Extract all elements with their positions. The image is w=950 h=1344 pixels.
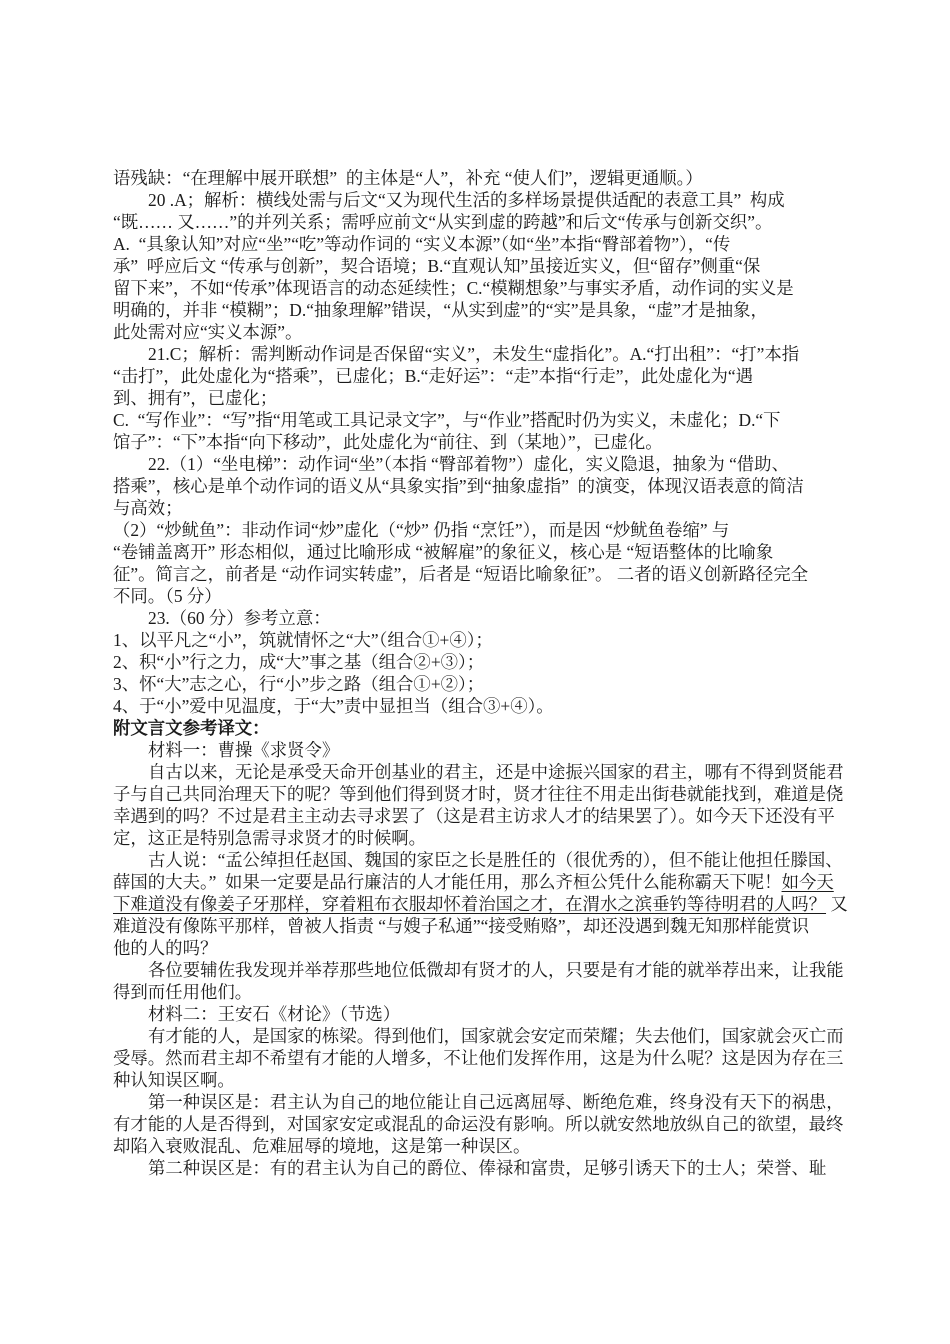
- text-line: 2、积“小”行之力，成“大”事之基（组合②+③）；: [113, 651, 858, 673]
- text-segment: “卷铺盖离开” 形态相似，通过比喻形成 “被解雇”的象征义，核心是 “短语整体的…: [113, 542, 773, 562]
- text-segment: 1、以平凡之“小”，筑就情怀之“大”（组合①+④）；: [113, 630, 493, 650]
- text-line: “卷铺盖离开” 形态相似，通过比喻形成 “被解雇”的象征义，核心是 “短语整体的…: [113, 541, 858, 563]
- text-line: 此处需对应“实义本源”。: [113, 321, 858, 343]
- text-line: A. “具象认知”对应“坐”“吃”等动作词的 “实义本源”（如“坐”本指“臀部着…: [113, 233, 858, 255]
- text-segment: 却陷入衰败混乱、危难屈辱的境地，这是第一种误区。: [113, 1136, 530, 1156]
- text-segment: 22.（1）“坐电梯”：动作词“坐”（本指 “臀部着物”）虚化，实义隐退，抽象为…: [148, 454, 789, 474]
- text-segment: 材料一：曹操《求贤令》: [148, 740, 339, 760]
- text-segment: 3、怀“大”志之心，行“小”步之路（组合①+②）；: [113, 674, 484, 694]
- text-segment: 难道没有像陈平那样，曾被人指责 “与嫂子私通”“接受贿赂”，却还没遇到魏无知那样…: [113, 916, 809, 936]
- text-line: 受辱。然而君主却不希望有才能的人增多，不让他们发挥作用，这是为什么呢？这是因为存…: [113, 1047, 858, 1069]
- text-line: 搭乘”，核心是单个动作词的语义从“具象实指”到“抽象虚指” 的演变，体现汉语表意…: [113, 475, 858, 497]
- text-line: 承” 呼应后文 “传承与创新”，契合语境；B.“直观认知”虽接近实义，但“留存”…: [113, 255, 858, 277]
- text-segment: 自古以来，无论是承受天命开创基业的君主，还是中途振兴国家的君主，哪有不得到贤能君: [148, 762, 844, 782]
- text-segment: 20 .A；解析：横线处需与后文“又为现代生活的多样场景提供适配的表意工具” 构…: [148, 190, 785, 210]
- text-line: 20 .A；解析：横线处需与后文“又为现代生活的多样场景提供适配的表意工具” 构…: [113, 189, 858, 211]
- text-line: 材料一：曹操《求贤令》: [113, 739, 858, 761]
- text-segment: 材料二：王安石《材论》（节选）: [148, 1004, 400, 1024]
- text-line: 馆子”：“下”本指“向下移动”，此处虚化为“前往、到（某地）”，已虚化。: [113, 431, 858, 453]
- text-line: 21.C；解析：需判断动作词是否保留“实义”，未发生“虚指化”。A.“打出租”：…: [113, 343, 858, 365]
- text-segment: 4、于“小”爱中见温度，于“大”责中显担当（组合③+④）。: [113, 696, 554, 716]
- text-segment: 2、积“小”行之力，成“大”事之基（组合②+③）；: [113, 652, 484, 672]
- text-line: 4、于“小”爱中见温度，于“大”责中显担当（组合③+④）。: [113, 695, 858, 717]
- text-line: 留下来”，不如“传承”体现语言的动态延续性；C.“模糊想象”与事实矛盾，动作词的…: [113, 277, 858, 299]
- text-line: 各位要辅佐我发现并举荐那些地位低微却有贤才的人，只要是有才能的就举荐出来，让我能: [113, 959, 858, 981]
- text-line: （2）“炒鱿鱼”：非动作词“炒”虚化（“炒” 仍指 “烹饪”），而是因 “炒鱿鱼…: [113, 519, 858, 541]
- text-line: 语残缺：“在理解中展开联想” 的主体是“人”，补充 “使人们”，逻辑更通顺。）: [113, 167, 858, 189]
- text-line: 22.（1）“坐电梯”：动作词“坐”（本指 “臀部着物”）虚化，实义隐退，抽象为…: [113, 453, 858, 475]
- document-page: 语残缺：“在理解中展开联想” 的主体是“人”，补充 “使人们”，逻辑更通顺。）2…: [0, 0, 950, 1344]
- text-line: 有才能的人是否得到，对国家安定或混乱的命运没有影响。所以就安然地放纵自己的欲望，…: [113, 1113, 858, 1135]
- text-line: 不同。（5 分）: [113, 585, 858, 607]
- text-segment: 有才能的人是否得到，对国家安定或混乱的命运没有影响。所以就安然地放纵自己的欲望，…: [113, 1114, 843, 1134]
- text-line: 下难道没有像姜子牙那样，穿着粗布衣服却怀着治国之才，在渭水之滨垂钓等待明君的人吗…: [113, 893, 858, 915]
- text-segment: C. “写作业”：“写”指“用笔或工具记录文字”，与“作业”搭配时仍为实义，未虚…: [113, 410, 781, 430]
- text-line: “击打”，此处虚化为“搭乘”，已虚化；B.“走好运”：“走”本指“行走”，此处虚…: [113, 365, 858, 387]
- text-line: 到、拥有”，已虚化；: [113, 387, 858, 409]
- text-segment: 幸遇到的吗？不过是君主主动去寻求罢了（这是君主访求人才的结果罢了）。如今天下还没…: [113, 806, 835, 826]
- text-segment: 到、拥有”，已虚化；: [113, 388, 277, 408]
- text-segment: 搭乘”，核心是单个动作词的语义从“具象实指”到“抽象虚指” 的演变，体现汉语表意…: [113, 476, 804, 496]
- text-line: 1、以平凡之“小”，筑就情怀之“大”（组合①+④）；: [113, 629, 858, 651]
- section-heading-line: 附文言文参考译文：: [113, 717, 858, 739]
- text-line: 明确的，并非 “模糊”；D.“抽象理解”错误，“从实到虚”的“实”是具象，“虚”…: [113, 299, 858, 321]
- text-segment: 馆子”：“下”本指“向下移动”，此处虚化为“前往、到（某地）”，已虚化。: [113, 432, 663, 452]
- text-segment: 23.（60 分）参考立意：: [148, 608, 331, 628]
- text-line: 征”。简言之，前者是 “动作词实转虚”，后者是 “短语比喻象征”。 二者的语义创…: [113, 563, 858, 585]
- text-segment: 薛国的大夫。” 如果一定要是品行廉洁的人才能任用，那么齐桓公凭什么能称霸天下呢！: [113, 872, 782, 892]
- text-segment: 受辱。然而君主却不希望有才能的人增多，不让他们发挥作用，这是为什么呢？这是因为存…: [113, 1048, 843, 1068]
- text-segment: 明确的，并非 “模糊”；D.“抽象理解”错误，“从实到虚”的“实”是具象，“虚”…: [113, 300, 768, 320]
- text-line: 古人说：“孟公绰担任赵国、魏国的家臣之长是胜任的（很优秀的），但不能让他担任滕国…: [113, 849, 858, 871]
- text-line: 却陷入衰败混乱、危难屈辱的境地，这是第一种误区。: [113, 1135, 858, 1157]
- text-line: 得到而任用他们。: [113, 981, 858, 1003]
- text-line: 第一种误区是：君主认为自己的地位能让自己远离屈辱、断绝危难，终身没有天下的祸患，: [113, 1091, 858, 1113]
- text-segment: 第一种误区是：君主认为自己的地位能让自己远离屈辱、断绝危难，终身没有天下的祸患，: [148, 1092, 844, 1112]
- text-line: 自古以来，无论是承受天命开创基业的君主，还是中途振兴国家的君主，哪有不得到贤能君: [113, 761, 858, 783]
- text-segment: 又: [826, 894, 848, 914]
- text-line: 幸遇到的吗？不过是君主主动去寻求罢了（这是君主访求人才的结果罢了）。如今天下还没…: [113, 805, 858, 827]
- text-segment: “既…… 又……”的并列关系；需呼应前文“从实到虚的跨越”和后文“传承与创新交织…: [113, 212, 772, 232]
- text-segment: 古人说：“孟公绰担任赵国、魏国的家臣之长是胜任的（很优秀的），但不能让他担任滕国…: [148, 850, 843, 870]
- text-segment: 子与自己共同治理天下的呢？等到他们得到贤才时，贤才往往不用走出街巷就能找到，难道…: [113, 784, 843, 804]
- text-line: 他的人的吗？: [113, 937, 858, 959]
- text-line: 3、怀“大”志之心，行“小”步之路（组合①+②）；: [113, 673, 858, 695]
- text-line: C. “写作业”：“写”指“用笔或工具记录文字”，与“作业”搭配时仍为实义，未虚…: [113, 409, 858, 431]
- underlined-text: 下难道没有像姜子牙那样，穿着粗布衣服却怀着治国之才，在渭水之滨垂钓等待明君的人吗…: [113, 894, 826, 914]
- underlined-text: 如今天: [782, 872, 834, 892]
- text-content: 语残缺：“在理解中展开联想” 的主体是“人”，补充 “使人们”，逻辑更通顺。）2…: [113, 167, 858, 1179]
- text-line: 与高效；: [113, 497, 858, 519]
- text-segment: 得到而任用他们。: [113, 982, 252, 1002]
- text-segment: 留下来”，不如“传承”体现语言的动态延续性；C.“模糊想象”与事实矛盾，动作词的…: [113, 278, 794, 298]
- text-segment: 种认知误区啊。: [113, 1070, 235, 1090]
- text-segment: 有才能的人，是国家的栋梁。得到他们，国家就会安定而荣耀；失去他们，国家就会灭亡而: [148, 1026, 844, 1046]
- text-segment: 征”。简言之，前者是 “动作词实转虚”，后者是 “短语比喻象征”。 二者的语义创…: [113, 564, 808, 584]
- text-segment: 21.C；解析：需判断动作词是否保留“实义”，未发生“虚指化”。A.“打出租”：…: [148, 344, 799, 364]
- text-line: 定，这正是特别急需寻求贤才的时候啊。: [113, 827, 858, 849]
- text-segment: 定，这正是特别急需寻求贤才的时候啊。: [113, 828, 426, 848]
- text-line: 子与自己共同治理天下的呢？等到他们得到贤才时，贤才往往不用走出街巷就能找到，难道…: [113, 783, 858, 805]
- text-segment: 各位要辅佐我发现并举荐那些地位低微却有贤才的人，只要是有才能的就举荐出来，让我能: [148, 960, 844, 980]
- text-line: 第二种误区是：有的君主认为自己的爵位、俸禄和富贵，足够引诱天下的士人；荣誉、耻: [113, 1157, 858, 1179]
- text-segment: 与高效；: [113, 498, 183, 518]
- text-segment: 语残缺：“在理解中展开联想” 的主体是“人”，补充 “使人们”，逻辑更通顺。）: [113, 168, 703, 188]
- text-segment: 承” 呼应后文 “传承与创新”，契合语境；B.“直观认知”虽接近实义，但“留存”…: [113, 256, 760, 276]
- text-segment: 不同。（5 分）: [113, 586, 222, 606]
- text-line: 材料二：王安石《材论》（节选）: [113, 1003, 858, 1025]
- text-segment: 此处需对应“实义本源”。: [113, 322, 302, 342]
- text-line: 23.（60 分）参考立意：: [113, 607, 858, 629]
- text-segment: 附文言文参考译文：: [113, 718, 270, 738]
- text-line: 难道没有像陈平那样，曾被人指责 “与嫂子私通”“接受贿赂”，却还没遇到魏无知那样…: [113, 915, 858, 937]
- text-segment: （2）“炒鱿鱼”：非动作词“炒”虚化（“炒” 仍指 “烹饪”），而是因 “炒鱿鱼…: [113, 520, 729, 540]
- text-segment: A. “具象认知”对应“坐”“吃”等动作词的 “实义本源”（如“坐”本指“臀部着…: [113, 234, 730, 254]
- text-line: 有才能的人，是国家的栋梁。得到他们，国家就会安定而荣耀；失去他们，国家就会灭亡而: [113, 1025, 858, 1047]
- text-line: 薛国的大夫。” 如果一定要是品行廉洁的人才能任用，那么齐桓公凭什么能称霸天下呢！…: [113, 871, 858, 893]
- text-segment: 他的人的吗？: [113, 938, 217, 958]
- text-line: 种认知误区啊。: [113, 1069, 858, 1091]
- text-segment: “击打”，此处虚化为“搭乘”，已虚化；B.“走好运”：“走”本指“行走”，此处虚…: [113, 366, 753, 386]
- text-line: “既…… 又……”的并列关系；需呼应前文“从实到虚的跨越”和后文“传承与创新交织…: [113, 211, 858, 233]
- text-segment: 第二种误区是：有的君主认为自己的爵位、俸禄和富贵，足够引诱天下的士人；荣誉、耻: [148, 1158, 826, 1178]
